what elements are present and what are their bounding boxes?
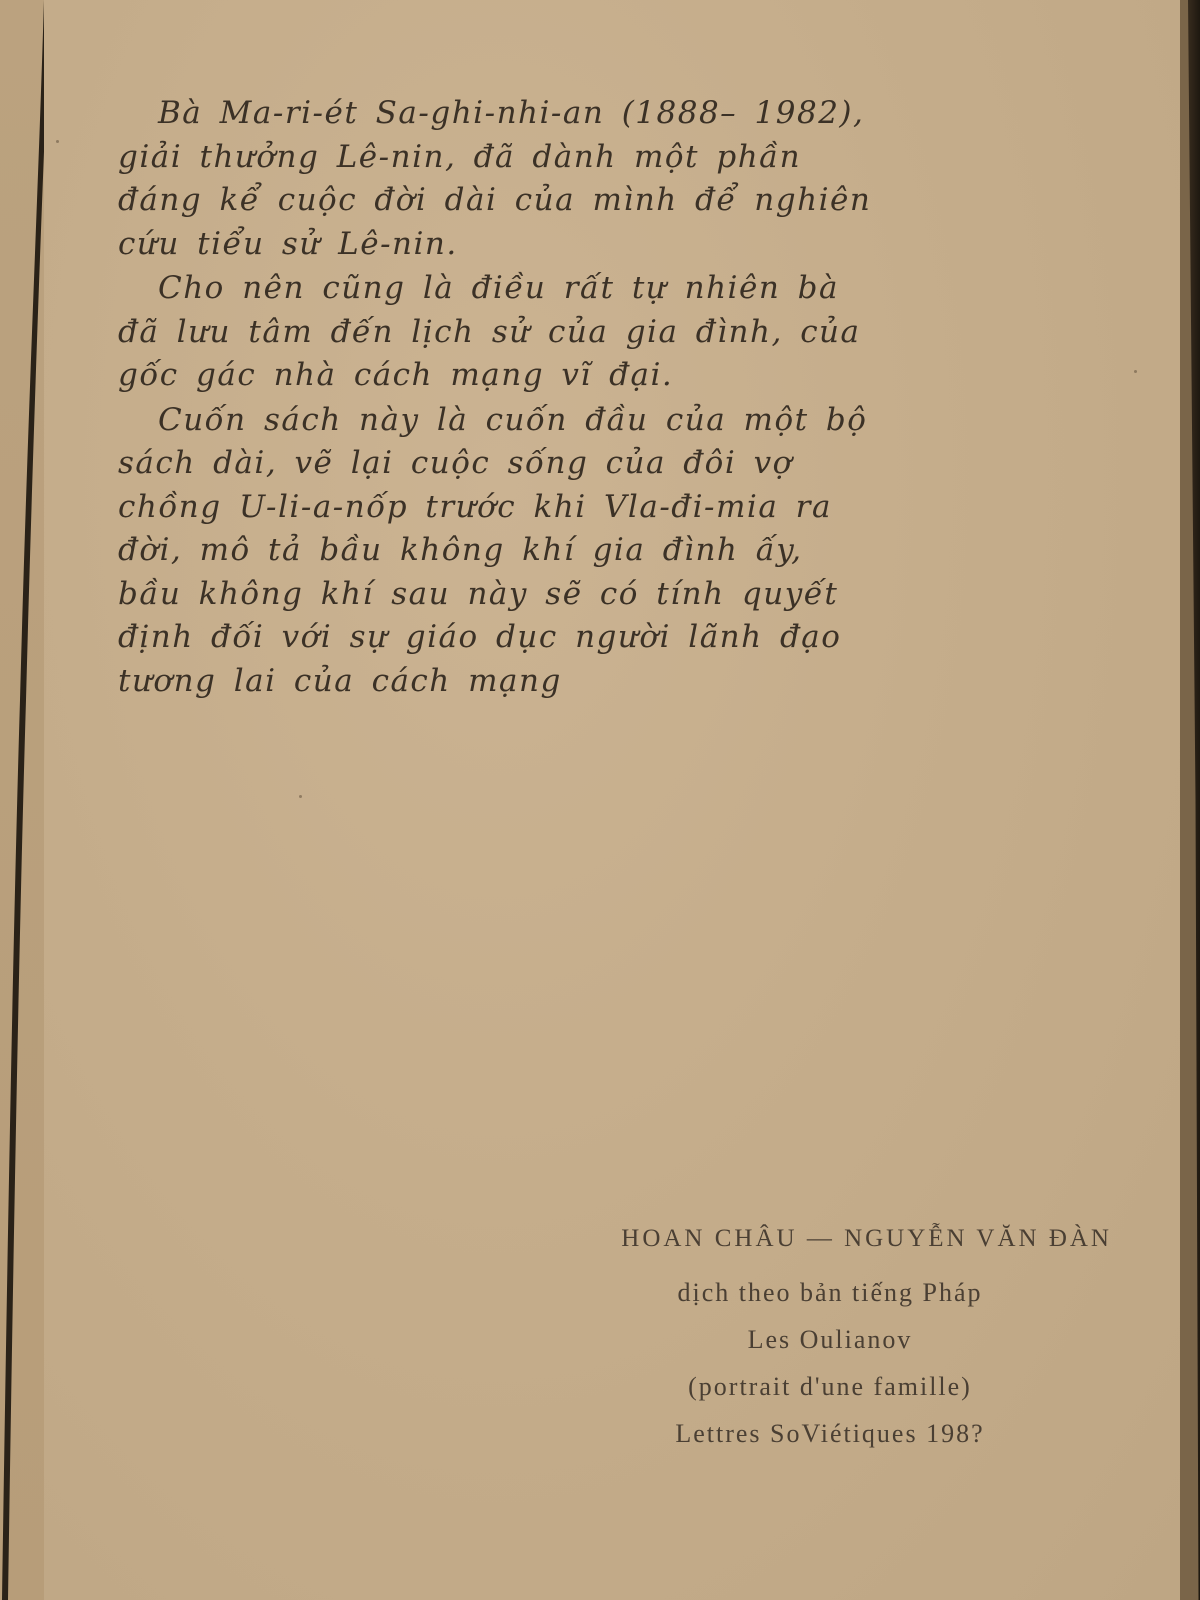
original-title: Les Oulianov: [500, 1316, 1120, 1363]
body-text: Bà Ma-ri-ét Sa-ghi-nhi-an (1888– 1982), …: [118, 92, 878, 703]
paragraph-3: Cuốn sách này là cuốn đầu của một bộ sác…: [118, 399, 878, 704]
paragraph-1: Bà Ma-ri-ét Sa-ghi-nhi-an (1888– 1982), …: [118, 92, 878, 266]
paper-speck: [56, 140, 59, 143]
paper-speck: [299, 795, 302, 798]
colophon: HOAN CHÂU — NGUYỄN VĂN ĐÀN dịch theo bản…: [500, 1225, 1120, 1457]
translation-note: dịch theo bản tiếng Pháp: [500, 1269, 1120, 1316]
paper-speck: [1134, 370, 1137, 373]
paragraph-2: Cho nên cũng là điều rất tự nhiên bà đã …: [118, 267, 878, 398]
book-photo: Bà Ma-ri-ét Sa-ghi-nhi-an (1888– 1982), …: [0, 0, 1200, 1600]
translator-names: HOAN CHÂU — NGUYỄN VĂN ĐÀN: [500, 1225, 1120, 1253]
original-subtitle: (portrait d'une famille): [500, 1363, 1120, 1410]
original-publisher: Lettres SoViétiques 198?: [500, 1410, 1120, 1457]
